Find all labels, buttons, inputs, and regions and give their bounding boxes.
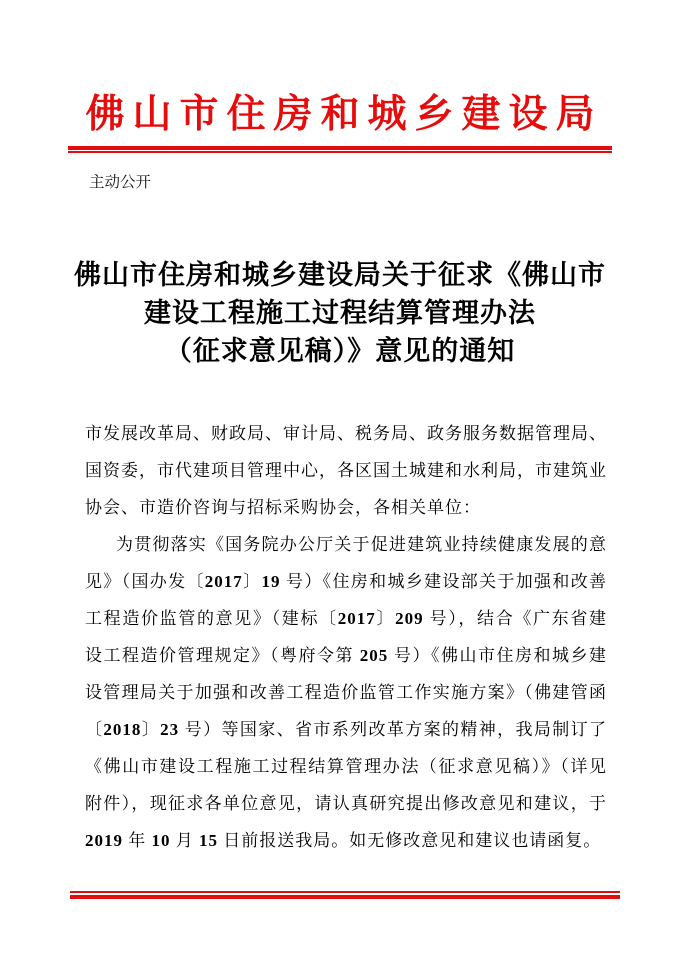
- bold-number-text: 2018: [103, 720, 141, 739]
- bold-number-text: 10: [152, 831, 171, 850]
- bold-number-text: 23: [160, 720, 179, 739]
- paragraph-main: 为贯彻落实《国务院办公厅关于促进建筑业持续健康发展的意见》（国办发〔2017〕1…: [85, 526, 607, 859]
- document-title: 佛山市住房和城乡建设局关于征求《佛山市 建设工程施工过程结算管理办法 （征求意见…: [0, 256, 680, 370]
- paragraph-addressees: 市发展改革局、财政局、审计局、税务局、政务服务数据管理局、国资委，市代建项目管理…: [85, 415, 607, 526]
- body-text-run: 日前报送我局。如无修改意见和建议也请函复。: [218, 831, 601, 850]
- bold-number-text: 209: [395, 609, 424, 628]
- agency-masthead-title: 佛山市住房和城乡建设局: [0, 92, 680, 139]
- publicity-label: 主动公开: [89, 170, 151, 192]
- document-body: 市发展改革局、财政局、审计局、税务局、政务服务数据管理局、国资委，市代建项目管理…: [85, 415, 607, 859]
- bold-number-text: 205: [360, 646, 389, 665]
- body-text-run: 年: [123, 831, 152, 850]
- document-title-line-3: （征求意见稿）》意见的通知: [0, 332, 680, 370]
- body-text-run: 〕: [376, 609, 395, 628]
- document-title-line-2: 建设工程施工过程结算管理办法: [0, 294, 680, 332]
- bold-number-text: 19: [261, 572, 280, 591]
- footer-divider: [70, 891, 620, 899]
- document-page: 佛山市住房和城乡建设局 主动公开 佛山市住房和城乡建设局关于征求《佛山市 建设工…: [0, 0, 680, 962]
- document-title-line-1: 佛山市住房和城乡建设局关于征求《佛山市: [0, 256, 680, 294]
- body-text-run: 月: [171, 831, 200, 850]
- body-text-run: 〕: [243, 572, 262, 591]
- bold-number-text: 2017: [338, 609, 376, 628]
- bold-number-text: 2017: [205, 572, 243, 591]
- body-text-run: 〕: [141, 720, 160, 739]
- bold-number-text: 2019: [85, 831, 123, 850]
- body-text-run: 市发展改革局、财政局、审计局、税务局、政务服务数据管理局、国资委，市代建项目管理…: [85, 424, 607, 517]
- masthead-divider: [68, 146, 612, 153]
- bold-number-text: 15: [199, 831, 218, 850]
